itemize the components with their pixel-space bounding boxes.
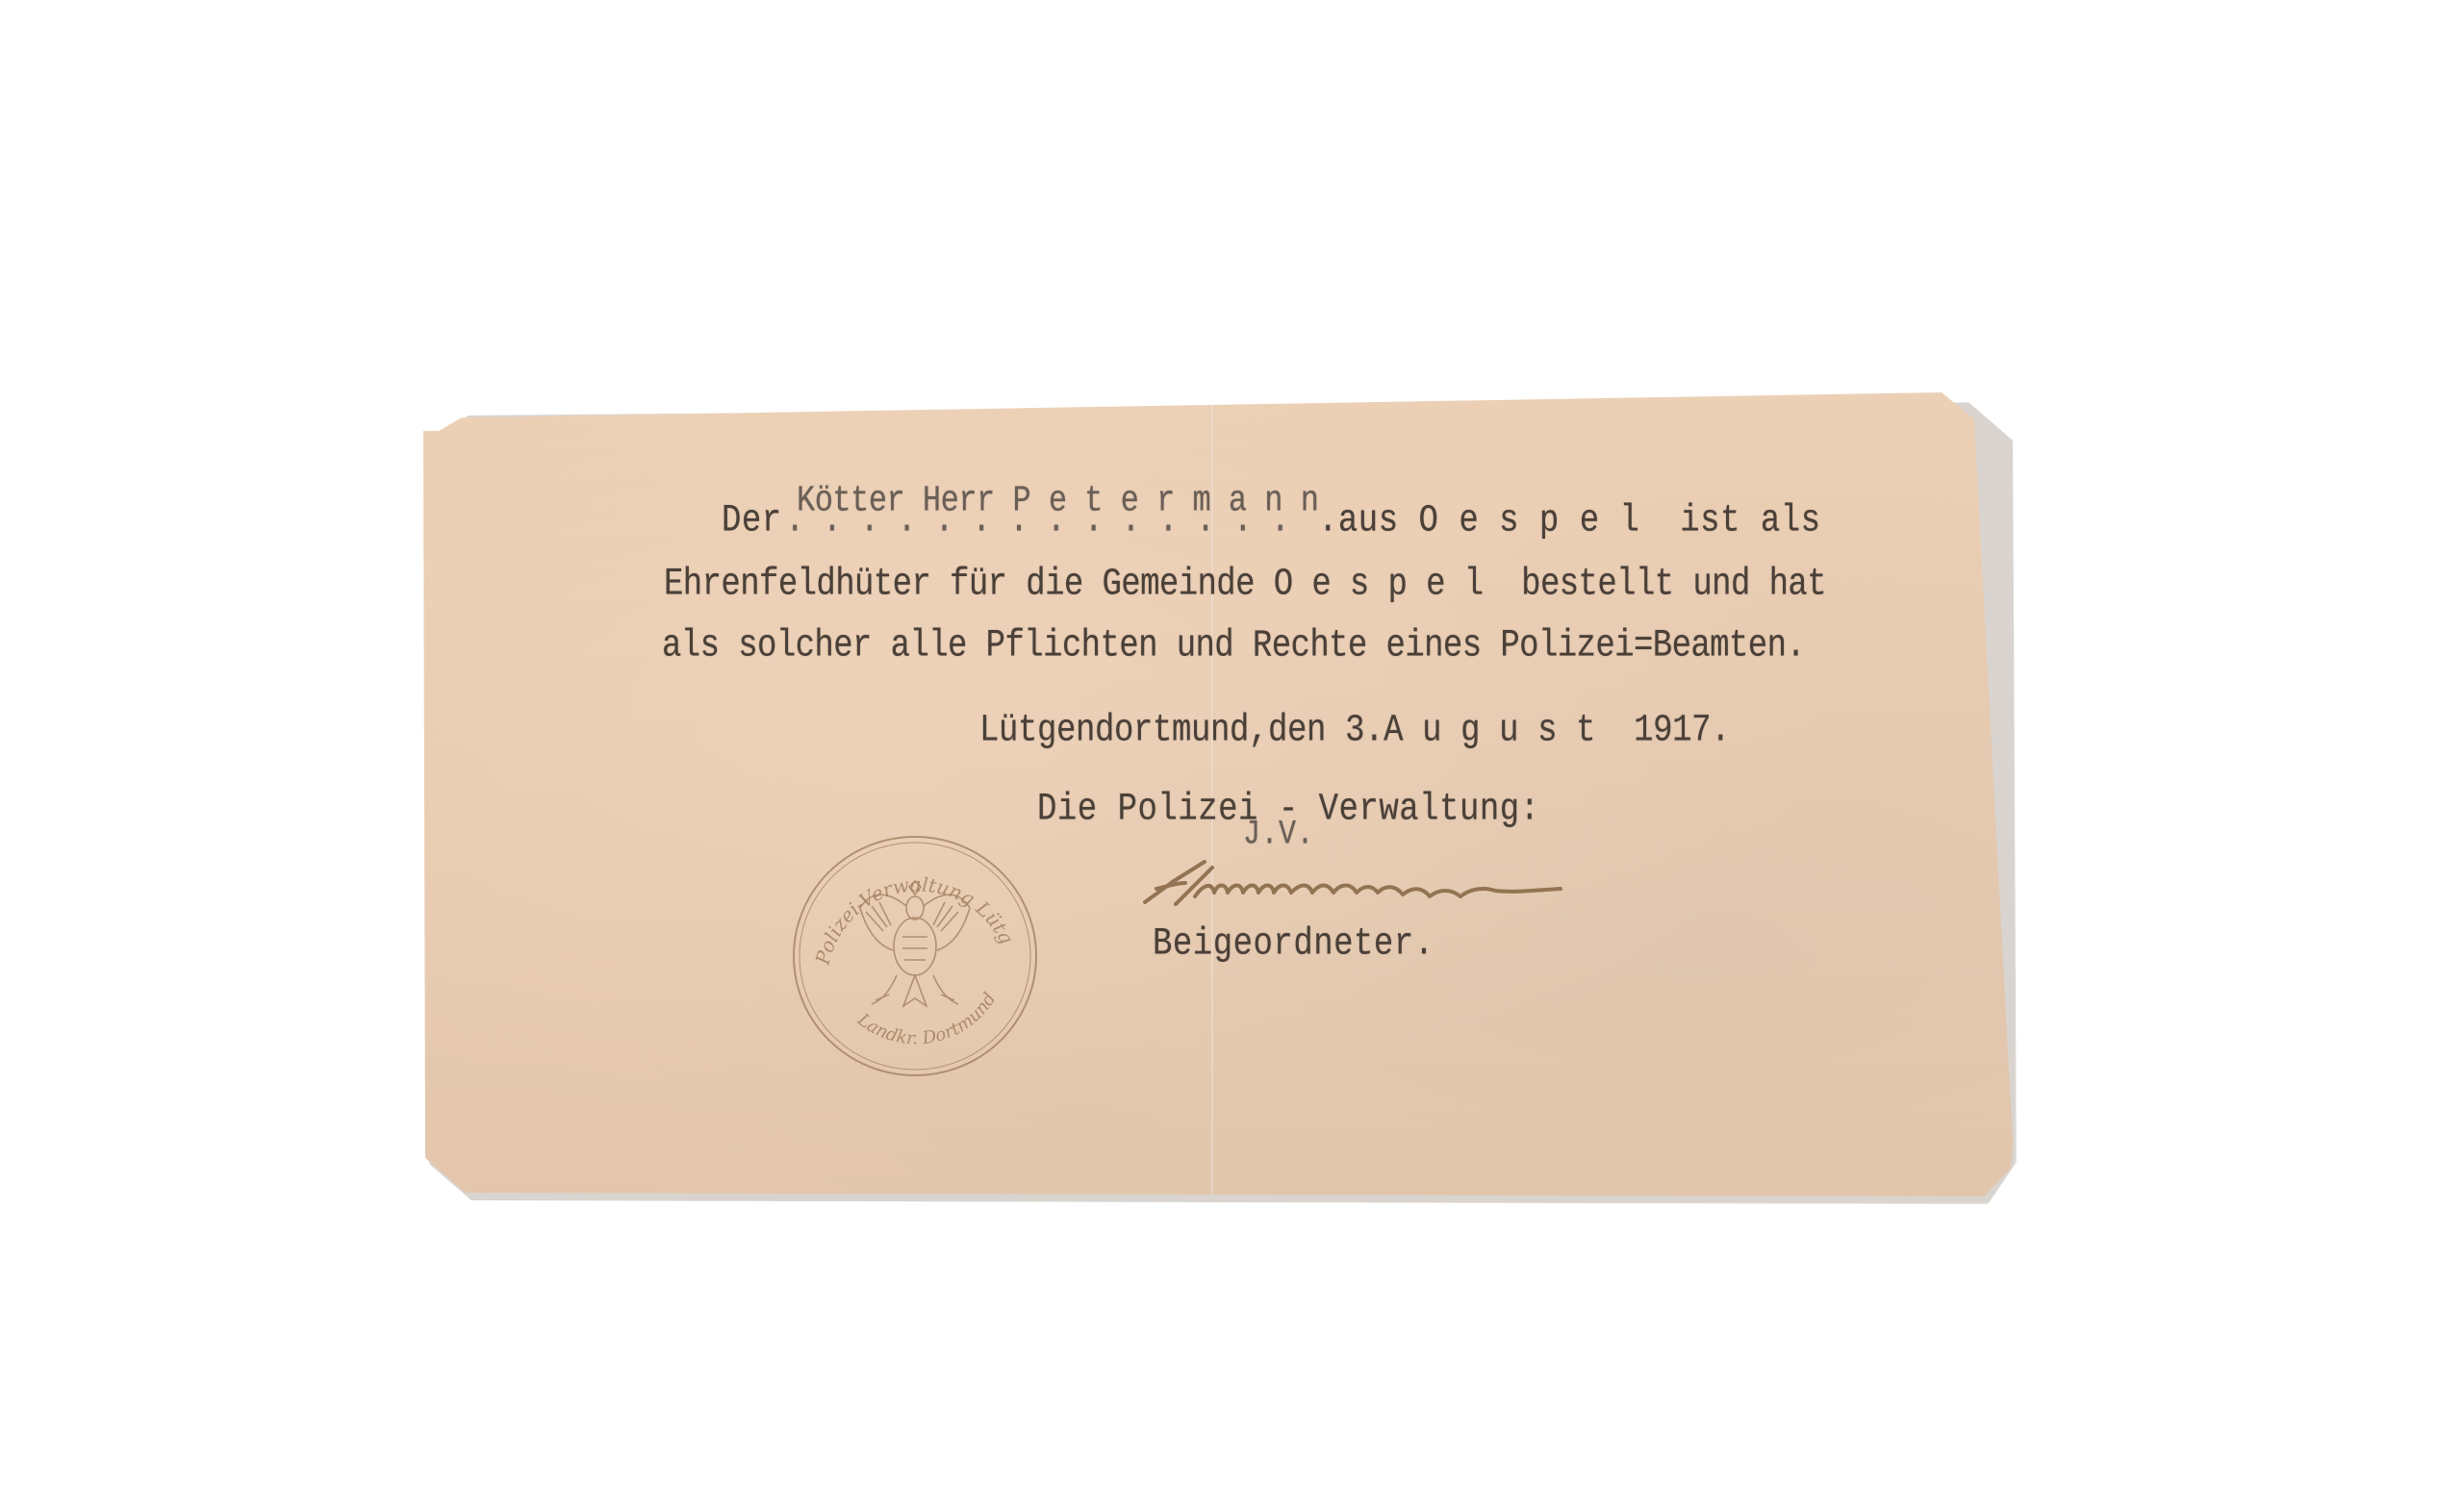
line1-prefix: Der bbox=[722, 502, 782, 541]
line1-suffix: .aus O e s p e l ist als bbox=[1318, 502, 1821, 541]
place-date: Lütgendortmund,den 3.A u g u s t 1917. bbox=[979, 712, 1730, 750]
line3: als solcher alle Pflichten und Rechte ei… bbox=[662, 627, 1805, 666]
official-stamp: Polizei-Verwaltung Lütgendortmund Landkr… bbox=[789, 831, 1041, 1081]
stamp-text-bottom: Landkr. Dortmund bbox=[852, 989, 1000, 1048]
inserted-name: Kötter Herr P e t e r m a n n bbox=[797, 483, 1318, 519]
line2: Ehrenfeldhüter für die Gemeinde O e s p … bbox=[664, 566, 1826, 604]
stamp-text-top: Polizei-Verwaltung Lütgendortmund bbox=[789, 831, 1019, 968]
deputy-mark: J.V. bbox=[1243, 819, 1314, 852]
signatory-title: Beigeordneter. bbox=[1153, 925, 1435, 964]
svg-text:Landkr. Dortmund: Landkr. Dortmund bbox=[852, 989, 1000, 1048]
handwritten-signature bbox=[1137, 854, 1570, 912]
svg-text:Polizei-Verwaltung Lütgendortm: Polizei-Verwaltung Lütgendortmund bbox=[789, 831, 1019, 968]
document-paper: Der . . . . . . . . . . . . . . Kötter H… bbox=[423, 392, 2013, 1197]
